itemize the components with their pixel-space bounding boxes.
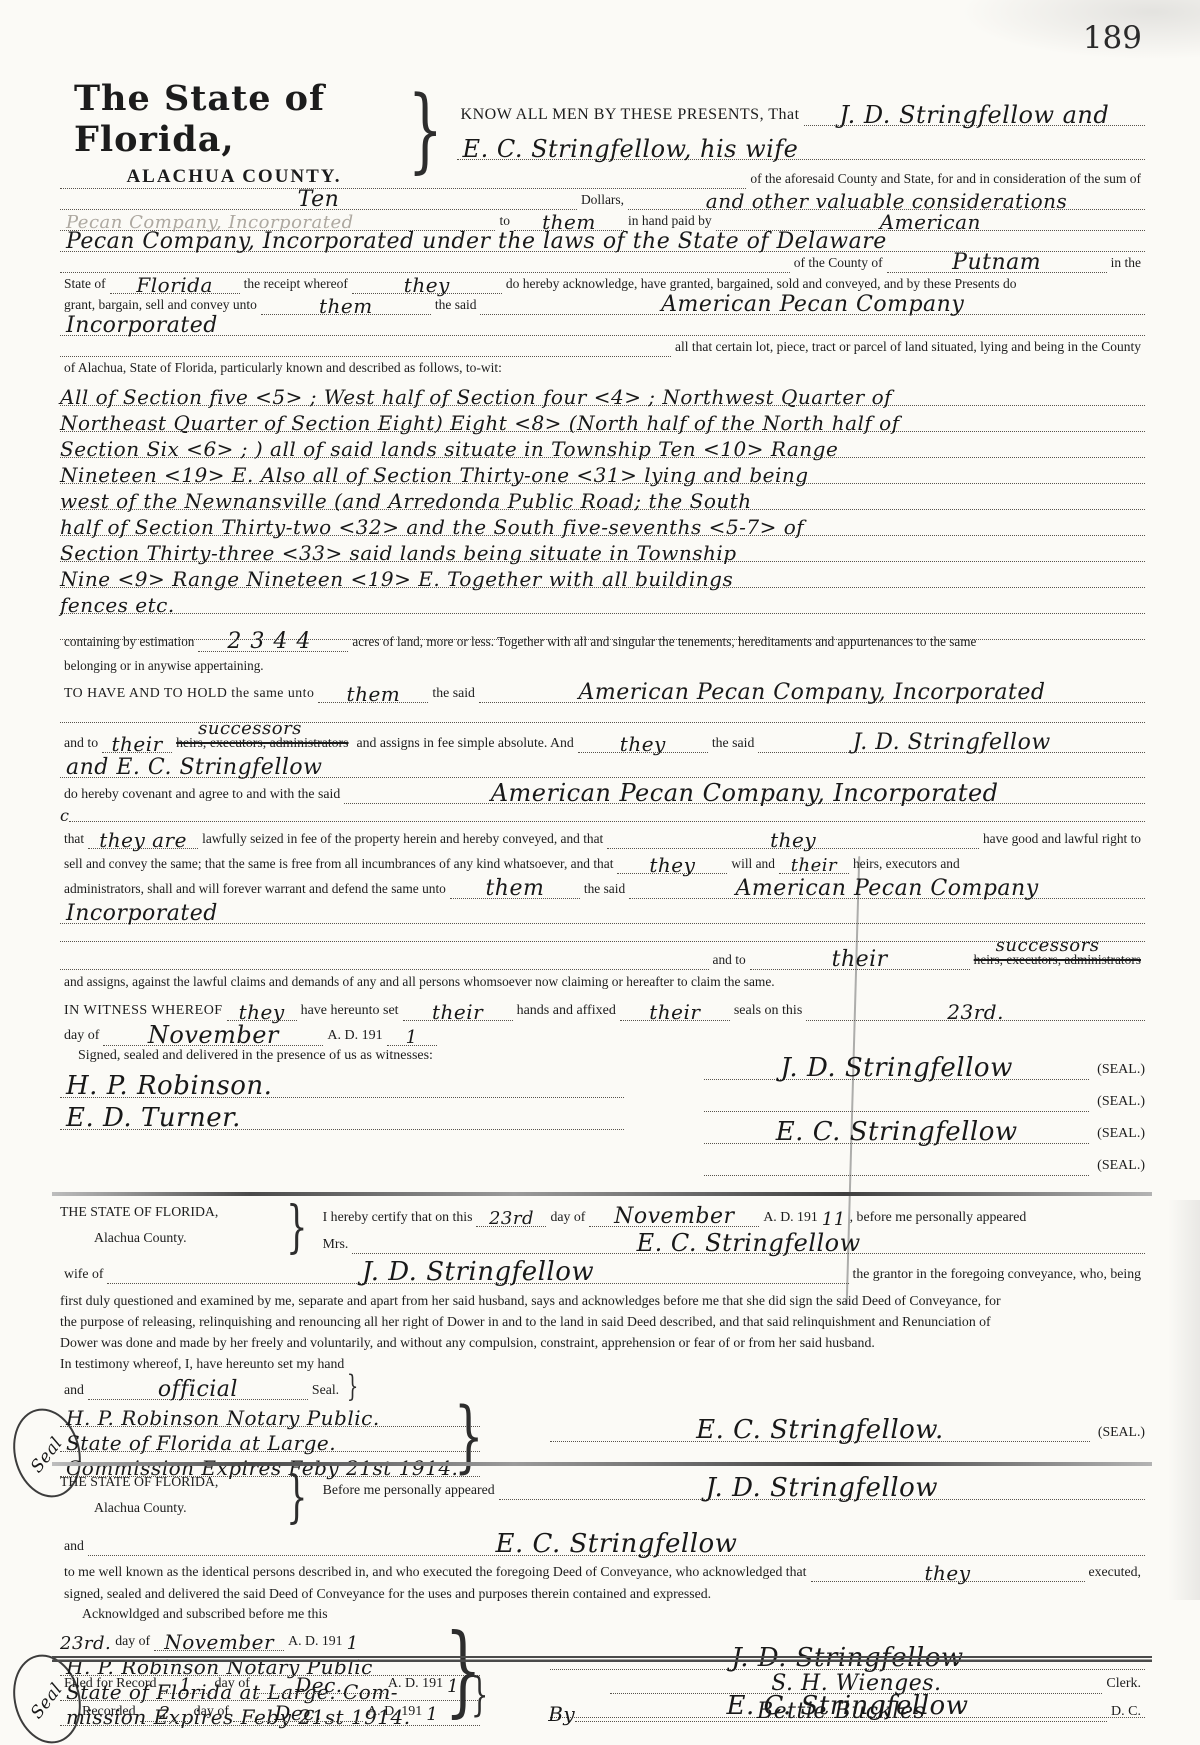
and-label: and — [60, 1382, 88, 1400]
description-line: Nineteen <19> E. Also all of Section Thi… — [60, 458, 1145, 484]
husband-handwriting: J. D. Stringfellow — [362, 1259, 594, 1285]
stray-mark: c — [60, 808, 69, 824]
filed-year-handwriting: 1 — [447, 1678, 459, 1696]
recorded-line: Recorded 2 day of Dec. A. D. 191 1 By Be… — [60, 1694, 1145, 1722]
seal-row-4: (SEAL.) — [704, 1144, 1145, 1176]
scan-smudge-top-right — [960, 0, 1200, 60]
clerk-label: Clerk. — [1102, 1676, 1145, 1694]
seals-text: seals on this — [730, 1003, 806, 1021]
in-witness-label: IN WITNESS WHEREOF — [60, 1003, 227, 1021]
filed-ad: A. D. 191 — [384, 1676, 447, 1694]
seal-row-3: E. C. Stringfellow (SEAL.) — [704, 1112, 1145, 1144]
wife-name-handwriting: E. C. Stringfellow — [637, 1231, 861, 1255]
heirs-text: heirs, executors and — [849, 856, 964, 874]
acres-handwriting: 2344 — [227, 631, 319, 653]
struck-heirs-wrap2: successorsheirs, executors, administrato… — [970, 952, 1145, 970]
year-handwriting: 1 — [406, 1029, 418, 1047]
signer3-signature: E. C. Stringfellow — [776, 1119, 1018, 1145]
grantee-blank: American Pecan Company — [629, 876, 1145, 899]
their2-blank: their — [620, 1000, 730, 1021]
acres-blank: 2344 — [198, 629, 348, 652]
clerk-signature: S. H. Wienges. — [771, 1673, 941, 1695]
signer1-signature: J. D. Stringfellow — [781, 1055, 1013, 1081]
covenant-label: do hereby covenant and agree to and with… — [60, 786, 344, 804]
their1-blank: their — [403, 1000, 513, 1021]
appertaining-line: belonging or in anywise appertaining. — [60, 652, 1145, 676]
successors2-handwriting: successors — [996, 937, 1100, 955]
filed-line: Filed for Record 1 day of Dec. A. D. 191… — [60, 1666, 1145, 1694]
amount-blank: Ten — [60, 187, 577, 210]
seal-row-2: (SEAL.) — [704, 1080, 1145, 1112]
header-right: KNOW ALL MEN BY THESE PRESENTS, That J. … — [457, 78, 1145, 160]
grantee-handwriting: American Pecan Company, Incorporated — [578, 682, 1045, 704]
appertaining-text: belonging or in anywise appertaining. — [60, 658, 268, 676]
dotted-leader — [60, 923, 1145, 942]
description-line: fences etc. — [60, 588, 1145, 614]
section-divider — [52, 1192, 1152, 1196]
notary2-handwriting: State of Florida at Large. — [66, 1433, 336, 1453]
grant-blank: them — [261, 294, 431, 315]
county-handwriting: Putnam — [952, 252, 1041, 274]
witness2-line: E. D. Turner. — [60, 1098, 624, 1130]
ack1-signature-line: E. C. Stringfellow. (SEAL.) — [550, 1402, 1145, 1442]
that-handwriting: they are — [99, 830, 187, 850]
filed-day-blank: 1 — [161, 1675, 211, 1694]
description-line: Nine <9> Range Nineteen <19> E. Together… — [60, 562, 1145, 588]
grantee-blank: American Pecan Company — [480, 292, 1145, 315]
company-handwriting: Pecan Company, Incorporated under the la… — [66, 231, 887, 253]
official-handwriting: official — [158, 1379, 238, 1401]
ack1-appeared: , before me personally appeared — [846, 1209, 1031, 1227]
ack1-county: Alachua County. — [60, 1230, 275, 1246]
containing-label: containing by estimation — [60, 634, 198, 652]
section-divider — [52, 1462, 1152, 1466]
wife-of-label: wife of — [60, 1266, 107, 1284]
grantor2-line: and E. C. Stringfellow — [60, 753, 1145, 778]
ack2-ad: A. D. 191 — [284, 1633, 346, 1651]
granting-clause: of the aforesaid County and State, for a… — [60, 168, 1145, 378]
they-blank: they — [578, 732, 708, 753]
their-blank: their — [102, 732, 172, 753]
state-title: The State of Florida, — [74, 78, 394, 160]
line2: signed, sealed and delivered the said De… — [60, 1582, 1145, 1604]
signature-block: Signed, sealed and delivered in the pres… — [60, 1048, 1145, 1176]
dower-para-line2: the purpose of releasing, relinquishing … — [60, 1311, 1145, 1332]
description-handwriting-7: Section Thirty-three <33> said lands bei… — [60, 543, 737, 563]
ack1-ad: A. D. 191 — [759, 1209, 821, 1227]
receipt-handwriting: they — [404, 275, 450, 295]
clerk-sig-blank: S. H. Wienges. — [610, 1671, 1102, 1694]
before-text: Before me personally appeared — [319, 1482, 499, 1500]
aforesaid-text: of the aforesaid County and State, for a… — [746, 171, 1145, 189]
grantor-text: the grantor in the foregoing conveyance,… — [849, 1266, 1146, 1284]
land-description: All of Section five <5> ; West half of S… — [60, 380, 1145, 640]
ack1-venue: THE STATE OF FLORIDA, Alachua County. — [60, 1200, 275, 1246]
signer4-blank — [704, 1175, 1089, 1176]
dotted-leader — [60, 167, 746, 189]
they-handwriting: they — [239, 1002, 285, 1022]
ack2-month-blank: November — [154, 1630, 284, 1651]
certify-text: I hereby certify that on this — [319, 1209, 477, 1227]
seal-word: Seal. — [308, 1382, 343, 1400]
towit-text: of Alachua, State of Florida, particular… — [60, 360, 506, 378]
assigns-text: and assigns in fee simple absolute. And — [353, 735, 578, 753]
covenant-handwriting: American Pecan Company, Incorporated — [491, 781, 999, 805]
ack2-county: Alachua County. — [60, 1500, 275, 1516]
sell-text: sell and convey the same; that the same … — [60, 856, 617, 874]
ack1-brace: } — [286, 1200, 307, 1256]
dotted-leader — [60, 335, 671, 357]
name1-handwriting: J. D. Stringfellow — [706, 1475, 938, 1501]
ack2-head: THE STATE OF FLORIDA, Alachua County. } … — [60, 1470, 1145, 1526]
dower-para-line1: first duly questioned and examined by me… — [60, 1290, 1145, 1311]
notary1-blank: H. P. Robinson Notary Public. — [60, 1406, 480, 1427]
filed-month-handwriting: Dec. — [295, 1675, 342, 1695]
seal-label: (SEAL.) — [1089, 1158, 1145, 1176]
grantor-name-blank: J. D. Stringfellow and — [804, 101, 1145, 126]
executed-text: executed, — [1085, 1564, 1145, 1582]
paid-by-line: Pecan Company, Incorporated to them in h… — [60, 210, 1145, 231]
rec-year-handwriting: 1 — [426, 1706, 438, 1724]
paid-by-handwriting: American — [880, 212, 981, 232]
identical-line: to me well known as the identical person… — [60, 1556, 1145, 1582]
they3-blank: they — [617, 853, 727, 874]
husband-blank: J. D. Stringfellow — [107, 1257, 848, 1284]
state-of-label: State of — [60, 276, 110, 294]
their2-blank: their — [750, 947, 970, 970]
habendum-clause: TO HAVE AND TO HOLD the same unto them t… — [60, 678, 1145, 822]
their2-handwriting: their — [832, 949, 888, 971]
dotted-leader — [60, 941, 709, 970]
witness2-blank: E. D. Turner. — [60, 1103, 624, 1130]
deputy-signature: Bettie Buckles — [757, 1701, 925, 1723]
grant-line: grant, bargain, sell and convey unto the… — [60, 294, 1145, 315]
deed-document-page: 189 The State of Florida, ALACHUA COUNTY… — [0, 0, 1200, 1745]
before-line: Before me personally appeared J. D. Stri… — [319, 1470, 1145, 1500]
successors-handwriting: successors — [198, 720, 302, 738]
wife-name-blank: E. C. Stringfellow — [352, 1229, 1145, 1254]
official-seal-line: and official Seal. } — [60, 1374, 1145, 1400]
seized-text: lawfully seized in fee of the property h… — [198, 831, 607, 849]
deputy-sig-blank: Bettie Buckles — [575, 1699, 1107, 1722]
witness1-line: H. P. Robinson. — [60, 1066, 624, 1098]
tohave-handwriting: them — [347, 684, 401, 704]
double-rule-divider — [52, 1656, 1152, 1662]
dc-label: D. C. — [1107, 1704, 1145, 1722]
record-brace: } — [471, 1671, 489, 1717]
ack2-month-handwriting: November — [164, 1632, 274, 1652]
page-number: 189 — [1083, 20, 1142, 56]
description-handwriting-5: west of the Newnansville (and Arredonda … — [60, 491, 752, 511]
state-handwriting: Florida — [136, 275, 213, 295]
ack2-brace: } — [286, 1470, 307, 1526]
they-blank: they — [227, 1000, 297, 1021]
day-of-label: day of — [60, 1028, 103, 1046]
ack1-seal-label: (SEAL.) — [1090, 1424, 1145, 1442]
description-handwriting-8: Nine <9> Range Nineteen <19> E. Together… — [60, 569, 733, 589]
warrant-line: administrators, shall and will forever w… — [60, 874, 1145, 899]
testimony-text: In testimony whereof, I, have hereunto s… — [60, 1353, 1145, 1374]
ack1-day-handwriting: 23rd — [489, 1210, 534, 1228]
dollars-label: Dollars, — [577, 192, 628, 210]
company-blank: Pecan Company, Incorporated under the la… — [60, 229, 1145, 252]
grantee-cont-line: Incorporated — [60, 315, 1145, 336]
name2-handwriting: E. C. Stringfellow — [495, 1531, 737, 1557]
and-to-successors-line: and to their successorsheirs, executors,… — [60, 942, 1145, 970]
amount-line: Ten Dollars, and other valuable consider… — [60, 189, 1145, 210]
struck-heirs-wrap: successorsheirs, executors, administrato… — [172, 735, 352, 753]
containing-line: containing by estimation 2344 acres of l… — [60, 628, 1145, 652]
right-text: have good and lawful right to — [979, 831, 1145, 849]
description-line: All of Section five <5> ; West half of S… — [60, 380, 1145, 406]
containing-text: acres of land, more or less. Together wi… — [348, 634, 980, 652]
consideration-blank: and other valuable considerations — [628, 189, 1145, 210]
grantee-cont-handwriting: Incorporated — [66, 903, 218, 925]
signer1-blank: J. D. Stringfellow — [704, 1053, 1089, 1080]
ack1-state: THE STATE OF FLORIDA, — [60, 1204, 275, 1220]
county-blank: Putnam — [887, 250, 1107, 273]
their-handwriting: their — [791, 857, 837, 875]
ack2-year-handwriting: 1 — [347, 1635, 359, 1653]
ack1-head: THE STATE OF FLORIDA, Alachua County. } … — [60, 1200, 1145, 1256]
they2-blank: they — [607, 828, 979, 849]
the-said-label: the said — [580, 881, 629, 899]
grantee-cont-line: Incorporated — [60, 899, 1145, 924]
ack1-day-of: day of — [546, 1209, 589, 1227]
rec-day-of: day of — [190, 1704, 233, 1722]
unto-blank: them — [450, 876, 580, 899]
grant-handwriting: them — [319, 296, 373, 316]
in-the-text: in the — [1107, 255, 1145, 273]
description-handwriting-3: Section Six <6> ; ) all of said lands si… — [60, 439, 838, 459]
ack2-state: THE STATE OF FLORIDA, — [60, 1474, 275, 1490]
dower-acknowledgment: THE STATE OF FLORIDA, Alachua County. } … — [60, 1200, 1145, 1477]
and-to-line: and to their successorsheirs, executors,… — [60, 723, 1145, 753]
ack1-month-blank: November — [589, 1204, 759, 1227]
situated-line: all that certain lot, piece, tract or pa… — [60, 336, 1145, 357]
seal-label: (SEAL.) — [1089, 1062, 1145, 1080]
recording-block: Filed for Record 1 day of Dec. A. D. 191… — [60, 1666, 1145, 1722]
receipt-label: the receipt whereof — [240, 276, 352, 294]
grantee-blank: American Pecan Company, Incorporated — [479, 680, 1145, 703]
description-line: Section Six <6> ; ) all of said lands si… — [60, 432, 1145, 458]
tohave-blank: them — [318, 682, 428, 703]
county-of-label: of the County of — [790, 255, 887, 273]
admin-text: administrators, shall and will forever w… — [60, 881, 450, 899]
and-name2-line: and E. C. Stringfellow — [60, 1526, 1145, 1556]
they-handwriting: they — [620, 734, 666, 754]
notary2-blank: State of Florida at Large. — [60, 1431, 480, 1452]
seized-line: that they are lawfully seized in fee of … — [60, 824, 1145, 849]
day-of-line: day of November A. D. 191 1 — [60, 1021, 1145, 1046]
their-blank: their — [779, 855, 849, 874]
ack1-month-handwriting: November — [614, 1206, 734, 1228]
set-text: have hereunto set — [297, 1003, 403, 1021]
ack2-appeared-block: Before me personally appeared J. D. Stri… — [319, 1470, 1145, 1500]
month-blank: November — [103, 1021, 323, 1046]
tohave-label: TO HAVE AND TO HOLD the same unto — [60, 685, 318, 703]
grantee-handwriting: American Pecan Company — [736, 878, 1039, 900]
filed-day-handwriting: 1 — [180, 1677, 192, 1695]
description-handwriting-4: Nineteen <19> E. Also all of Section Thi… — [60, 465, 809, 485]
mrs-label: Mrs. — [319, 1236, 353, 1254]
they-blank: they — [811, 1561, 1085, 1582]
signer2-blank — [704, 1111, 1089, 1112]
state-blank: Florida — [110, 273, 240, 294]
grantor1-blank: J. D. Stringfellow — [758, 730, 1145, 753]
filed-label: Filed for Record — [60, 1676, 161, 1694]
ack-label-line: Acknowldged and subscribed before me thi… — [60, 1604, 1145, 1624]
grantor-line2: E. C. Stringfellow, his wife — [457, 126, 1145, 160]
unto-handwriting: them — [485, 878, 544, 900]
will-and-text: will and — [727, 856, 779, 874]
receipt-blank: they — [352, 273, 502, 294]
seal-row-1: J. D. Stringfellow (SEAL.) — [704, 1048, 1145, 1080]
tohave-line: TO HAVE AND TO HOLD the same unto them t… — [60, 678, 1145, 703]
rec-day-blank: 2 — [140, 1703, 190, 1722]
they3-handwriting: they — [649, 855, 695, 875]
witnesses-column: Signed, sealed and delivered in the pres… — [60, 1048, 664, 1176]
description-handwriting-6: half of Section Thirty-two <32> and the … — [60, 517, 804, 537]
rec-month-handwriting: Dec. — [274, 1703, 321, 1723]
sealed-signatures-column: J. D. Stringfellow (SEAL.) (SEAL.) E. C.… — [664, 1048, 1145, 1176]
ack2-day-handwriting: 23rd. — [60, 1635, 111, 1653]
ack2-sig1-line: J. D. Stringfellow — [550, 1626, 1145, 1670]
seal-label: (SEAL.) — [1089, 1126, 1145, 1144]
covenant-line: do hereby covenant and agree to and with… — [60, 778, 1145, 804]
grantor-line2-handwriting: E. C. Stringfellow, his wife — [463, 137, 799, 161]
know-all-text: KNOW ALL MEN BY THESE PRESENTS, That — [457, 106, 804, 126]
filed-month-blank: Dec. — [254, 1673, 384, 1694]
their-handwriting: their — [112, 734, 163, 754]
ack-label-text: Acknowldged and subscribed before me thi… — [60, 1606, 332, 1624]
line2-text: signed, sealed and delivered the said De… — [60, 1586, 715, 1604]
ack1-signature: E. C. Stringfellow. — [696, 1417, 944, 1443]
description-handwriting-9: fences etc. — [60, 595, 175, 615]
their1-handwriting: their — [432, 1002, 483, 1022]
ack1-certify-block: I hereby certify that on this 23rd day o… — [319, 1200, 1145, 1254]
signature-columns: Signed, sealed and delivered in the pres… — [60, 1048, 1145, 1176]
grantee-cont-blank: Incorporated — [60, 901, 1145, 924]
they-handwriting: they — [924, 1563, 970, 1583]
sell-line: sell and convey the same; that the same … — [60, 849, 1145, 874]
day-handwriting: 23rd. — [947, 1002, 1004, 1022]
claims-line: and assigns, against the lawful claims a… — [60, 970, 1145, 992]
ack1-day-blank: 23rd — [476, 1208, 546, 1227]
aforesaid-line: of the aforesaid County and State, for a… — [60, 168, 1145, 189]
name2-blank: E. C. Stringfellow — [88, 1529, 1145, 1556]
witness1-blank: H. P. Robinson. — [60, 1071, 624, 1098]
state-receipt-line: State of Florida the receipt whereof the… — [60, 273, 1145, 294]
description-line: west of the Newnansville (and Arredonda … — [60, 484, 1145, 510]
empty-ruled-line — [60, 924, 1145, 942]
mrs-line: Mrs. E. C. Stringfellow — [319, 1227, 1145, 1254]
grantee-handwriting: American Pecan Company — [661, 294, 964, 316]
ack2-day-of: day of — [111, 1633, 154, 1651]
official-blank: official — [88, 1377, 308, 1400]
ack2-date-line: 23rd. day of November A. D. 191 1 — [60, 1626, 480, 1651]
acreage-clause: containing by estimation 2344 acres of l… — [60, 628, 1145, 676]
to-blank: them — [514, 210, 624, 231]
ack1-sig-blank: E. C. Stringfellow. — [550, 1415, 1090, 1442]
grantor1-handwriting: J. D. Stringfellow — [853, 732, 1051, 754]
dotted-leader — [60, 251, 790, 273]
that-blank: they are — [88, 828, 198, 849]
wife-of-line: wife of J. D. Stringfellow the grantor i… — [60, 1256, 1145, 1284]
dower-paragraph: first duly questioned and examined by me… — [60, 1290, 1145, 1374]
in-witness-line: IN WITNESS WHEREOF they have hereunto se… — [60, 996, 1145, 1021]
grantor2-blank: and E. C. Stringfellow — [60, 755, 1145, 778]
know-all-line: KNOW ALL MEN BY THESE PRESENTS, That J. … — [457, 92, 1145, 126]
grantor-line1-handwriting: J. D. Stringfellow and — [839, 103, 1109, 127]
month-handwriting: November — [148, 1023, 279, 1047]
claims-text: and assigns, against the lawful claims a… — [60, 974, 779, 992]
description-handwriting-2: Northeast Quarter of Section Eight) Eigh… — [60, 413, 900, 433]
description-line: half of Section Thirty-two <32> and the … — [60, 510, 1145, 536]
seal-label: (SEAL.) — [1089, 1094, 1145, 1112]
towit-line: of Alachua, State of Florida, particular… — [60, 357, 1145, 378]
grantee-cont-blank: Incorporated — [60, 313, 1145, 336]
amount-handwriting: Ten — [298, 189, 340, 211]
notary-line-2: State of Florida at Large. — [60, 1427, 480, 1452]
ack1-year-handwriting: 11 — [822, 1211, 846, 1229]
description-line: Northeast Quarter of Section Eight) Eigh… — [60, 406, 1145, 432]
ack2-venue: THE STATE OF FLORIDA, Alachua County. — [60, 1470, 275, 1516]
filed-day-of: day of — [211, 1676, 254, 1694]
witness-clause: IN WITNESS WHEREOF they have hereunto se… — [60, 996, 1145, 1046]
consideration-handwriting: and other valuable considerations — [706, 191, 1068, 211]
notary1-handwriting: H. P. Robinson Notary Public. — [66, 1408, 380, 1428]
rec-day-handwriting: 2 — [159, 1705, 171, 1723]
county-of-line: of the County of Putnam in the — [60, 252, 1145, 273]
header-brace: } — [408, 84, 443, 176]
name1-blank: J. D. Stringfellow — [499, 1473, 1145, 1500]
rec-ad: A. D. 191 — [363, 1704, 426, 1722]
recorded-label: Recorded — [60, 1704, 140, 1722]
company-line: Pecan Company, Incorporated under the la… — [60, 231, 1145, 252]
that-label: that — [60, 831, 88, 849]
witness2-signature: E. D. Turner. — [66, 1105, 241, 1131]
description-line: Section Thirty-three <33> said lands bei… — [60, 536, 1145, 562]
the-said2-label: the said — [708, 735, 759, 753]
year-blank: 1 — [387, 1027, 437, 1046]
ad-label: A. D. 191 — [323, 1028, 386, 1046]
covenant-blank: American Pecan Company, Incorporated — [344, 779, 1145, 804]
situated-text: all that certain lot, piece, tract or pa… — [671, 339, 1145, 357]
description-handwriting-1: All of Section five <5> ; West half of S… — [60, 387, 892, 407]
and-label: and — [60, 1538, 88, 1556]
dower-para-line3: Dower was done and made by her freely an… — [60, 1332, 1145, 1353]
scan-smudge-right — [1168, 1200, 1200, 1600]
and-to-label: and to — [60, 735, 102, 753]
grantor2-handwriting: and E. C. Stringfellow — [66, 757, 322, 779]
witnesses-label: Signed, sealed and delivered in the pres… — [60, 1048, 624, 1066]
notary-line-1: H. P. Robinson Notary Public. — [60, 1402, 480, 1427]
they2-handwriting: they — [770, 830, 816, 850]
paid-by-blank: American — [716, 210, 1145, 231]
and-to-label: and to — [709, 952, 750, 970]
seal-brace: } — [347, 1372, 358, 1402]
grantor-name2-blank: E. C. Stringfellow, his wife — [457, 135, 1145, 160]
by-handwriting: By — [548, 1704, 575, 1724]
grantee-cont-handwriting: Incorporated — [66, 315, 218, 337]
covenants-clause: that they are lawfully seized in fee of … — [60, 824, 1145, 992]
day-blank: 23rd. — [806, 1000, 1145, 1021]
their2-handwriting: their — [649, 1002, 700, 1022]
the-said-label: the said — [428, 685, 479, 703]
hands-text: hands and affixed — [513, 1003, 620, 1021]
certify-line: I hereby certify that on this 23rd day o… — [319, 1200, 1145, 1227]
